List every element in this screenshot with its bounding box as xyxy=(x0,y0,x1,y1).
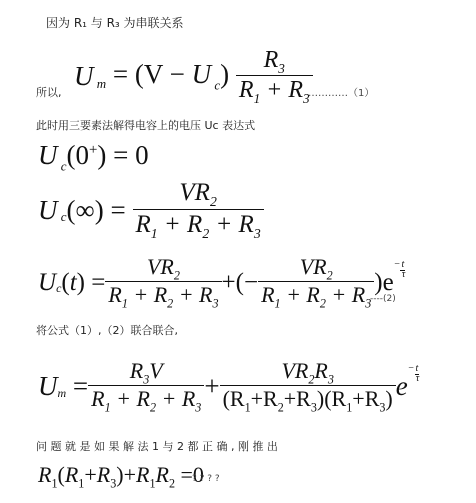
equation-1: U m = (V − U c) R3R1 + R3 xyxy=(74,48,313,105)
equation-6: R1(R1+R3)+R1R2 =0 xyxy=(38,462,204,491)
equation-4: Uc(t) = VR2R1 + R2 + R3 +(− VR2R1 + R2 +… xyxy=(38,256,405,310)
text-question: 问 题 就 是 如 果 解 法 1 与 2 都 正 确 , 刚 推 出 xyxy=(36,438,278,454)
equation-4-tag: ----(2) xyxy=(370,294,396,304)
equation-2: U c(0+) = 0 xyxy=(38,140,149,174)
text-combine-formulas: 将公式（1）,（2）联合联合, xyxy=(36,322,178,338)
text-question-marks: ? ? ? ? xyxy=(192,474,220,484)
text-series-relation: 因为 R₁ 与 R₃ 为串联关系 xyxy=(46,14,184,31)
text-therefore: 所以, xyxy=(36,84,62,100)
equation-1-tag: …………（1） xyxy=(308,84,374,99)
equation-3: U c (∞) = VR2R1 + R2 + R3 xyxy=(38,180,264,241)
equation-5: Um = R3VR1 + R2 + R3 + VR2R3(R1+R2+R3)(R… xyxy=(38,360,419,414)
text-three-element-method: 此时用三要素法解得电容上的电压 Uc 表达式 xyxy=(36,117,255,133)
